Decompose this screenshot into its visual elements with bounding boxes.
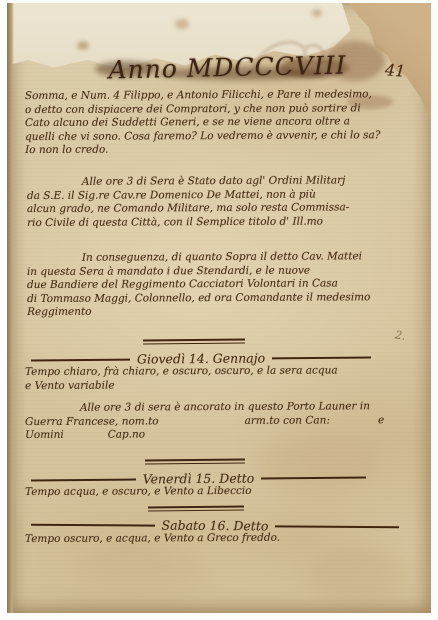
manuscript-line: Tempo acqua, e oscuro, e Vento a Libecci… [25,484,423,500]
section-divider-rule [148,505,244,511]
manuscript-line: Io non lo credo. [25,142,423,158]
weather-note: Tempo oscuro, e acqua, e Vento a Greco f… [25,531,423,547]
manuscript-line: Reggimento [27,304,425,320]
manuscript-fragment: e [378,414,384,426]
manuscript-fragment: Guerra Francese, nom.to [25,415,159,428]
rule-segment [275,525,399,528]
rule-segment [272,356,371,359]
page-number: 41 [384,60,406,80]
page-title: Anno MDCCCVIII [95,50,361,85]
manuscript-page: Anno MDCCCVIII 41 Somma, e Num. 4 Filipp… [7,3,431,613]
weather-note: Tempo chiaro, frà chiaro, e oscuro, oscu… [25,364,423,393]
rule-segment [31,358,130,361]
marginal-mark: 2. [394,328,406,342]
manuscript-fragment: arm.to con Can: [245,414,330,426]
rule-segment [31,523,155,526]
event-note: Alle ore 3 di sera è ancorato in questo … [25,400,425,443]
manuscript-scan: Anno MDCCCVIII 41 Somma, e Num. 4 Filipp… [0,0,438,620]
journal-paragraph: In conseguenza, di quanto Sopra il detto… [27,250,425,320]
stain-soft [77,543,207,593]
manuscript-fragment: Uomini [25,429,64,441]
journal-paragraph: Somma, e Num. 4 Filippo, e Antonio Filic… [25,88,423,158]
journal-paragraph: Alle ore 3 di Sera è Stato dato agl' Ord… [27,174,423,230]
manuscript-line: di Tommaso Maggi, Colonnello, ed ora Com… [27,291,425,307]
rule-segment [31,478,136,481]
stain-soft [307,548,407,603]
manuscript-line: e Vento variabile [25,378,423,394]
section-divider-rule [145,458,245,464]
manuscript-line: UominiCap.no [25,427,425,443]
manuscript-line: Tempo oscuro, e acqua, e Vento a Greco f… [25,531,423,547]
manuscript-line: Somma, e Num. 4 Filippo, e Antonio Filic… [25,88,423,104]
binding-gutter-shadow [7,3,14,613]
manuscript-line: quelli che vi sono. Cosa faremo? Lo vedr… [25,129,423,145]
rule-segment [261,476,366,479]
manuscript-line: Guerra Francese, nom.toarm.to con Can:e [25,414,425,430]
manuscript-line: rio Civile di questa Città, con il Sempl… [27,215,423,231]
section-divider-rule [143,338,245,344]
manuscript-fragment: Cap.no [108,429,145,441]
weather-note: Tempo acqua, e oscuro, e Vento a Libecci… [25,484,423,500]
